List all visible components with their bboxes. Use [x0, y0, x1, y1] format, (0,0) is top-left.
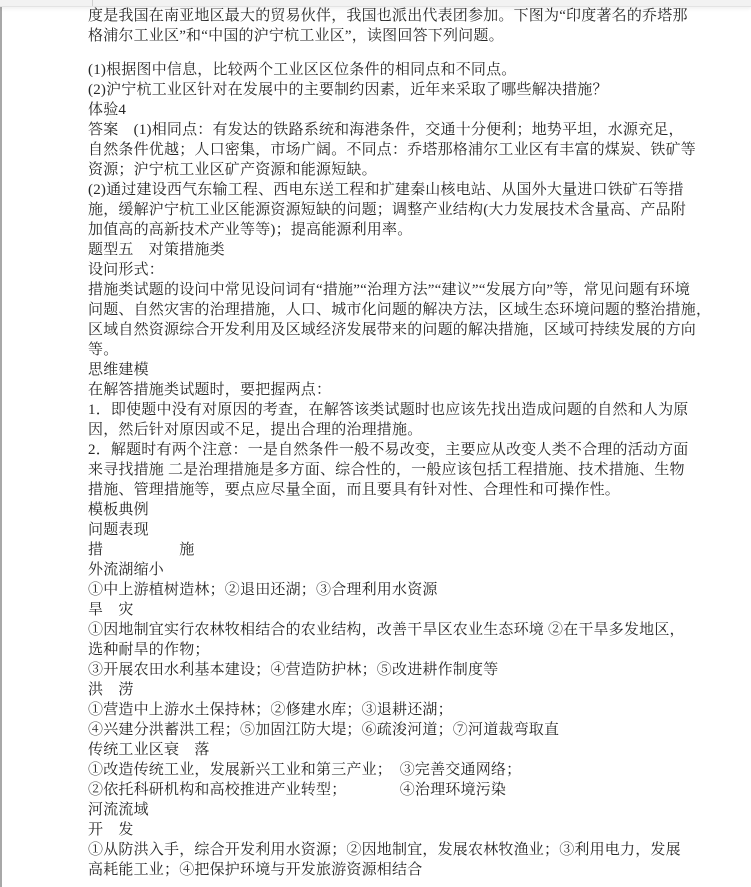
text-line: 措 施	[88, 540, 728, 560]
text-line: 措施类试题的设问中常见设问词有“措施”“治理方法”“建议”“发展方向”等，常见问…	[88, 280, 728, 300]
text-line: ②依托科研机构和高校推进产业转型； ④治理环境污染	[88, 780, 728, 800]
text-line: 外流湖缩小	[88, 560, 728, 580]
text-line: 传统工业区衰 落	[88, 740, 728, 760]
text-line: 体验4	[88, 100, 728, 120]
text-line: ①营造中上游水土保持林；②修建水库；③退耕还湖；	[88, 700, 728, 720]
text-line: 等。	[88, 340, 728, 360]
text-line: 选种耐旱的作物；	[88, 640, 728, 660]
text-line: ①中上游植树造林；②退田还湖；③合理利用水资源	[88, 580, 728, 600]
text-line: (1)根据图中信息，比较两个工业区区位条件的相同点和不同点。	[88, 60, 728, 80]
text-line: ③开展农田水利基本建设；④营造防护林；⑤改进耕作制度等	[88, 660, 728, 680]
text-line: ①从防洪入手，综合开发利用水资源；②因地制宜，发展农林牧渔业；③利用电力，发展	[88, 840, 728, 860]
text-line: ①改造传统工业，发展新兴工业和第三产业； ③完善交通网络；	[88, 760, 728, 780]
text-line: 思维建模	[88, 360, 728, 380]
text-line: 问题、自然灾害的治理措施，人口、城市化问题的解决方法，区域生态环境问题的整治措施…	[88, 300, 728, 320]
top-strip-divider	[92, 0, 93, 6]
text-line: 措施、管理措施等，要点应尽量全面，而且要具有针对性、合理性和可操作性。	[88, 480, 728, 500]
text-line: 问题表现	[88, 520, 728, 540]
text-line: 题型五 对策措施类	[88, 240, 728, 260]
text-line: 施，缓解沪宁杭工业区能源资源短缺的问题；调整产业结构(大力发展技术含量高、产品附	[88, 200, 728, 220]
text-line: 开 发	[88, 820, 728, 840]
text-line: 洪 涝	[88, 680, 728, 700]
text-line: (2)沪宁杭工业区针对在发展中的主要制约因素，近年来采取了哪些解决措施？	[88, 80, 728, 100]
text-line: 答案 (1)相同点：有发达的铁路系统和海港条件，交通十分便利；地势平坦，水源充足…	[88, 120, 728, 140]
text-line: 高耗能工业；④把保护环境与开发旅游资源相结合	[88, 860, 728, 880]
blank-line	[88, 46, 728, 60]
text-line: 设问形式：	[88, 260, 728, 280]
text-line: 格浦尔工业区”和“中国的沪宁杭工业区”，读图回答下列问题。	[88, 26, 728, 46]
text-line: (2)通过建设西气东输工程、西电东送工程和扩建秦山核电站、从国外大量进口铁矿石等…	[88, 180, 728, 200]
viewer-top-strip	[0, 0, 751, 7]
text-line: 加值高的高新技术产业等等)；提高能源利用率。	[88, 220, 728, 240]
document-viewer: 度是我国在南亚地区最大的贸易伙伴，我国也派出代表团参加。下图为“印度著名的乔塔那…	[0, 0, 751, 887]
text-line: 2．解题时有两个注意：一是自然条件一般不易改变，主要应从改变人类不合理的活动方面	[88, 440, 728, 460]
text-line: 度是我国在南亚地区最大的贸易伙伴，我国也派出代表团参加。下图为“印度著名的乔塔那	[88, 6, 728, 26]
text-line: ④兴建分洪蓄洪工程；⑤加固江防大堤；⑥疏浚河道；⑦河道裁弯取直	[88, 720, 728, 740]
text-line: 旱 灾	[88, 600, 728, 620]
text-line: 河流流域	[88, 800, 728, 820]
text-line: 区域自然资源综合开发利用及区域经济发展带来的问题的解决措施，区域可持续发展的方向	[88, 320, 728, 340]
text-line: 来寻找措施 二是治理措施是多方面、综合性的，一般应该包括工程措施、技术措施、生物	[88, 460, 728, 480]
text-line: 1．即使题中没有对原因的考查，在解答该类试题时也应该先找出造成问题的自然和人为原	[88, 400, 728, 420]
text-line: ①因地制宜实行农林牧相结合的农业结构，改善干旱区农业生态环境 ②在干旱多发地区，	[88, 620, 728, 640]
document-page-content: 度是我国在南亚地区最大的贸易伙伴，我国也派出代表团参加。下图为“印度著名的乔塔那…	[88, 6, 728, 880]
page-left-edge-line	[0, 6, 2, 887]
text-line: 自然条件优越；人口密集，市场广阔。不同点：乔塔那格浦尔工业区有丰富的煤炭、铁矿等	[88, 140, 728, 160]
text-line: 在解答措施类试题时，要把握两点：	[88, 380, 728, 400]
text-line: 模板典例	[88, 500, 728, 520]
text-line: 因，然后针对原因或不足，提出合理的治理措施。	[88, 420, 728, 440]
text-line: 资源；沪宁杭工业区矿产资源和能源短缺。	[88, 160, 728, 180]
